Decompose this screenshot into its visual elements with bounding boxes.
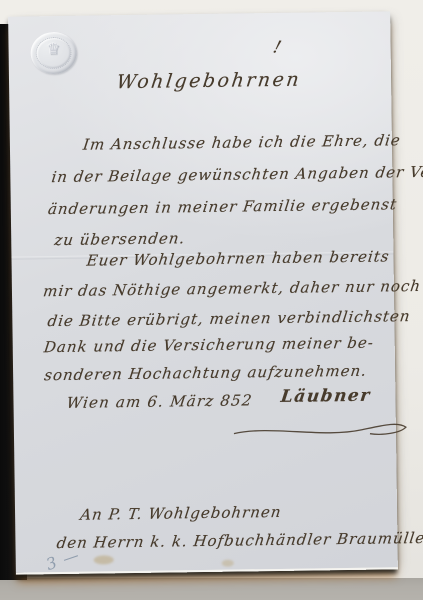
handwritten-line: Dank und die Versicherung meiner be- <box>43 334 375 357</box>
salutation-exclamation: ! <box>271 37 285 58</box>
salutation: Wohlgebohrnen <box>115 69 302 94</box>
paper-stain <box>222 560 234 567</box>
crown-seal-icon: ♛ <box>30 32 77 75</box>
pencil-mark: 3 — <box>44 545 83 574</box>
letter-paper: ♛ Wohlgebohrnen ! Im Anschlusse habe ich… <box>8 11 398 574</box>
photo-of-letter: { "letter": { "seal": { "icon": "crown-s… <box>0 0 423 600</box>
handwritten-line: sonderen Hochachtung aufzunehmen. <box>43 362 368 385</box>
signature-flourish <box>232 407 408 441</box>
signature: Läubner <box>280 386 372 407</box>
handwritten-line: Im Anschlusse habe ich die Ehre, die <box>82 131 402 153</box>
handwritten-line: Euer Wohlgebohrnen haben bereits <box>86 247 391 269</box>
handwritten-line: zu übersenden. <box>53 229 186 249</box>
dateline: Wien am 6. März 852 <box>66 391 254 412</box>
table-surface <box>0 578 423 600</box>
handwritten-line: mir das Nöthige angemerkt, daher nur noc… <box>42 277 422 300</box>
handwritten-line: die Bitte erübrigt, meinen verbindlichst… <box>47 307 412 330</box>
address-line: den Herrn k. k. Hofbuchhändler Braumülle… <box>56 529 423 552</box>
address-line: An P. T. Wohlgebohrnen <box>79 503 282 524</box>
seal-ring <box>35 37 71 69</box>
paper-stain <box>94 555 114 564</box>
handwritten-line: in der Beilage gewünschten Angaben der V… <box>50 163 423 187</box>
handwritten-line: änderungen in meiner Familie ergebenst <box>47 195 398 218</box>
